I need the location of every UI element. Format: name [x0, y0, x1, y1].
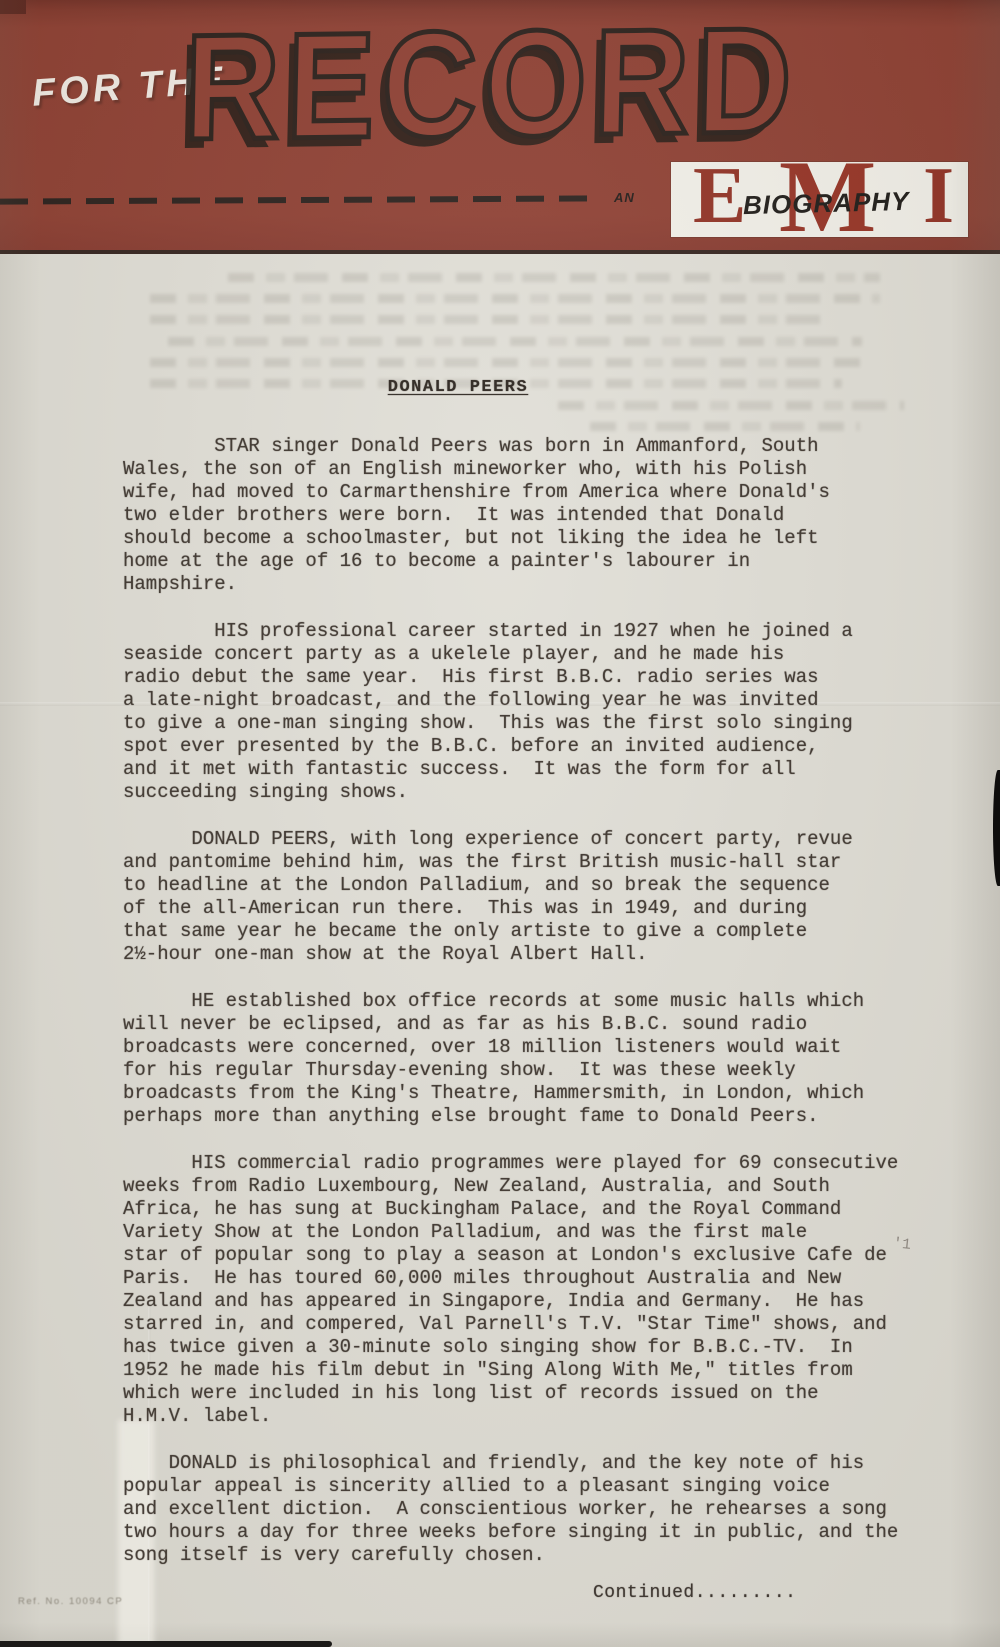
dashed-rule [0, 195, 602, 204]
right-edge-tear-artifact [993, 770, 1000, 886]
scanned-press-release-page: FOR THE RECORD AN E M I BIOGRAPHY DONALD… [0, 0, 1000, 1647]
typewritten-body: DONALD PEERS STAR singer Donald Peers wa… [123, 378, 923, 1591]
emi-logo-box: E M I BIOGRAPHY [671, 162, 968, 237]
record-wordmark: RECORD [183, 5, 800, 162]
ghost-text-row [150, 294, 880, 303]
an-label: AN [614, 190, 635, 205]
ghost-text-row [150, 315, 832, 324]
footer-ref-number: Ref. No. 10094 CP [18, 1596, 123, 1607]
paragraph-3: DONALD PEERS, with long experience of co… [123, 828, 923, 966]
bottom-edge-scan-strip [0, 1641, 332, 1647]
paragraph-2: HIS professional career started in 1927 … [123, 620, 923, 804]
ghost-text-row [168, 337, 862, 346]
paragraph-5: HIS commercial radio programmes were pla… [123, 1152, 923, 1428]
biography-overlay-label: BIOGRAPHY [743, 186, 910, 221]
continued-label: Continued......... [593, 1583, 796, 1603]
ghost-text-row [228, 273, 880, 282]
emi-letter-i: I [923, 156, 954, 236]
stray-pencil-mark: '1 [892, 1235, 912, 1254]
corner-notch-artifact [0, 0, 26, 14]
paragraph-1: STAR singer Donald Peers was born in Amm… [123, 435, 923, 596]
masthead-banner: FOR THE RECORD AN E M I BIOGRAPHY [0, 0, 1000, 250]
page-title: DONALD PEERS [123, 378, 793, 397]
paragraph-4: HE established box office records at som… [123, 990, 923, 1128]
paragraph-6: DONALD is philosophical and friendly, an… [123, 1452, 923, 1567]
emi-letter-e: E [693, 156, 746, 236]
banner-bottom-rule [0, 250, 1000, 254]
ghost-text-row [150, 358, 872, 367]
